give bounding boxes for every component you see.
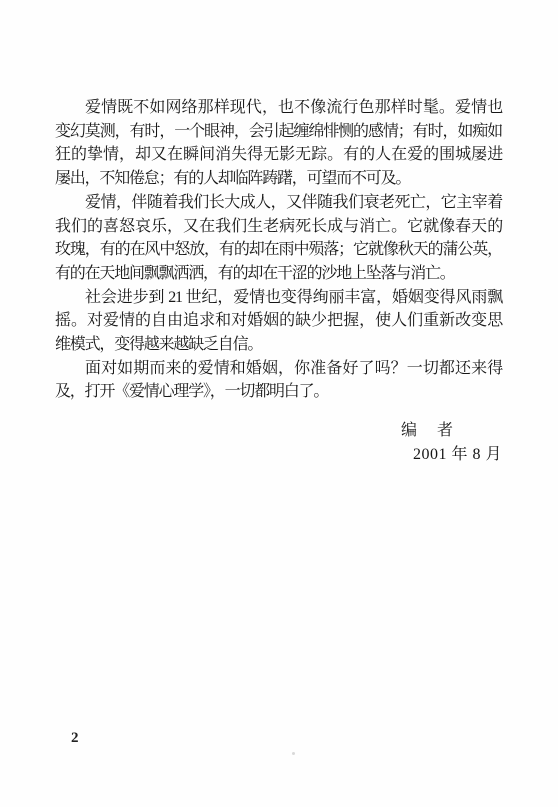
paragraph-1: 爱情既不如网络那样现代，也不像流行色那样时髦。爱情也 变幻莫测，有时，一个眼神，… [55, 96, 502, 191]
signature-date: 2001 年 8 月 [55, 443, 502, 467]
paragraph-2: 爱情，伴随着我们长大成人，又伴随我们衰老死亡，它主宰着 我们的喜怒哀乐，又在我们… [55, 191, 502, 286]
text-line: 维模式，变得越来越缺乏自信。 [55, 333, 502, 357]
text-line: 摇。对爱情的自由追求和对婚姻的缺少把握，使人们重新改变思 [55, 309, 502, 333]
text-line: 狂的挚情，却又在瞬间消失得无影无踪。有的人在爱的围城屡进 [55, 143, 502, 167]
text-line: 社会进步到 21 世纪，爱情也变得绚丽丰富，婚姻变得风雨飘 [55, 286, 502, 310]
text-line: 爱情，伴随着我们长大成人，又伴随我们衰老死亡，它主宰着 [55, 191, 502, 215]
text-line: 面对如期而来的爱情和婚姻，你准备好了吗？一切都还来得 [55, 357, 502, 381]
signature-block: 编 者 2001 年 8 月 [55, 419, 502, 467]
paragraph-4: 面对如期而来的爱情和婚姻，你准备好了吗？一切都还来得 及，打开《爱情心理学》，一… [55, 357, 502, 404]
text-line: 及，打开《爱情心理学》，一切都明白了。 [55, 380, 502, 404]
text-line: 有的在天地间飘飘洒洒，有的却在干涩的沙地上坠落与消亡。 [55, 262, 502, 286]
text-line: 变幻莫测，有时，一个眼神，会引起缠绵悱恻的感情；有时，如痴如 [55, 120, 502, 144]
scan-artifact-dot [292, 752, 295, 755]
text-line: 我们的喜怒哀乐，又在我们生老病死长成与消亡。它就像春天的 [55, 215, 502, 239]
editor-signature: 编 者 [55, 419, 502, 443]
text-line: 屡出，不知倦怠；有的人却临阵踌躇，可望而不可及。 [55, 167, 502, 191]
scanned-book-page: 爱情既不如网络那样现代，也不像流行色那样时髦。爱情也 变幻莫测，有时，一个眼神，… [0, 0, 558, 807]
page-number: 2 [71, 730, 79, 747]
text-line: 玫瑰，有的在风中怒放，有的却在雨中殒落；它就像秋天的蒲公英， [55, 238, 502, 262]
paragraph-3: 社会进步到 21 世纪，爱情也变得绚丽丰富，婚姻变得风雨飘 摇。对爱情的自由追求… [55, 286, 502, 357]
text-line: 爱情既不如网络那样现代，也不像流行色那样时髦。爱情也 [55, 96, 502, 120]
preface-text: 爱情既不如网络那样现代，也不像流行色那样时髦。爱情也 变幻莫测，有时，一个眼神，… [55, 96, 502, 404]
